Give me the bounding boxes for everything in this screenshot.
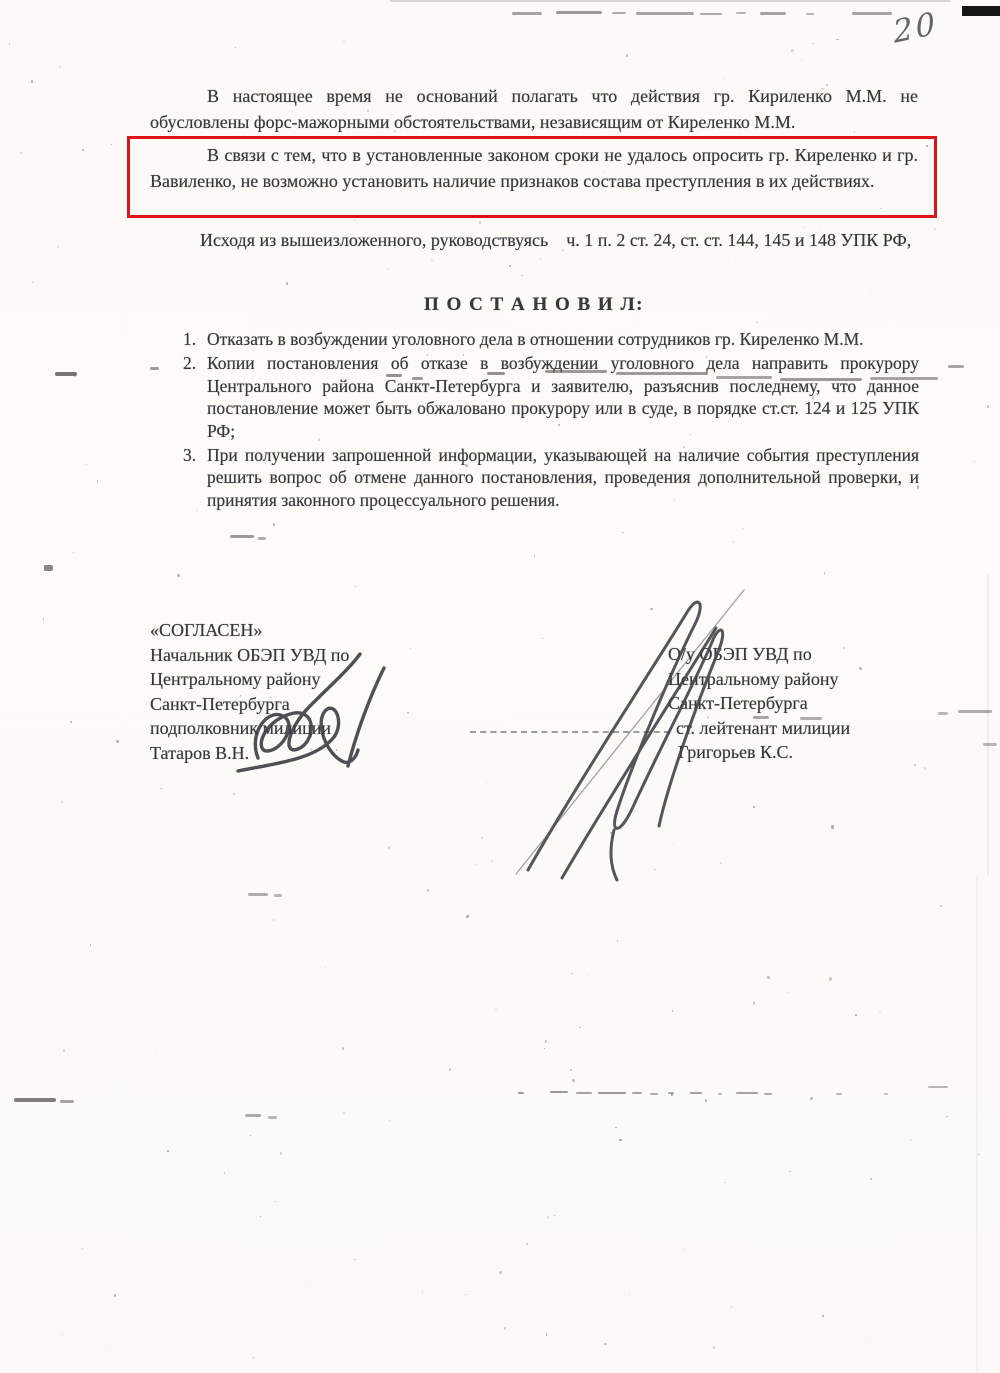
- scan-dash-line-artifact: [470, 731, 670, 733]
- item-number: 3.: [183, 444, 207, 511]
- item-number: 2.: [183, 352, 207, 442]
- fold-crease-artifact: [987, 575, 989, 875]
- scan-corner-bar-artifact: [962, 6, 1000, 16]
- item-text: Отказать в возбуждении уголовного дела в…: [207, 328, 919, 350]
- scan-top-streak-artifact: [390, 0, 950, 2]
- handwritten-page-number: 20: [892, 5, 940, 50]
- item-number: 1.: [183, 328, 207, 350]
- scanned-document-page: 20 В настоящее время не оснований полага…: [0, 0, 1000, 1373]
- paragraph-current-status: В настоящее время не оснований полагать …: [150, 84, 918, 135]
- resolution-heading: П О С Т А Н О В И Л:: [150, 294, 918, 316]
- paragraph-legal-basis: Исходя из вышеизложенного, руководствуяс…: [150, 226, 922, 255]
- resolution-item: 1. Отказать в возбуждении уголовного дел…: [183, 328, 919, 350]
- resolution-list: 1. Отказать в возбуждении уголовного дел…: [183, 328, 919, 513]
- item-text: При получении запрошенной информации, ук…: [207, 444, 919, 511]
- resolution-item: 2. Копии постановления об отказе в возбу…: [183, 352, 919, 442]
- resolution-item: 3. При получении запрошенной информации,…: [183, 444, 919, 511]
- fold-crease-artifact: [976, 875, 978, 1373]
- paragraph-highlighted: В связи с тем, что в установленные закон…: [150, 143, 918, 194]
- left-signature-scribble-icon: [228, 638, 413, 783]
